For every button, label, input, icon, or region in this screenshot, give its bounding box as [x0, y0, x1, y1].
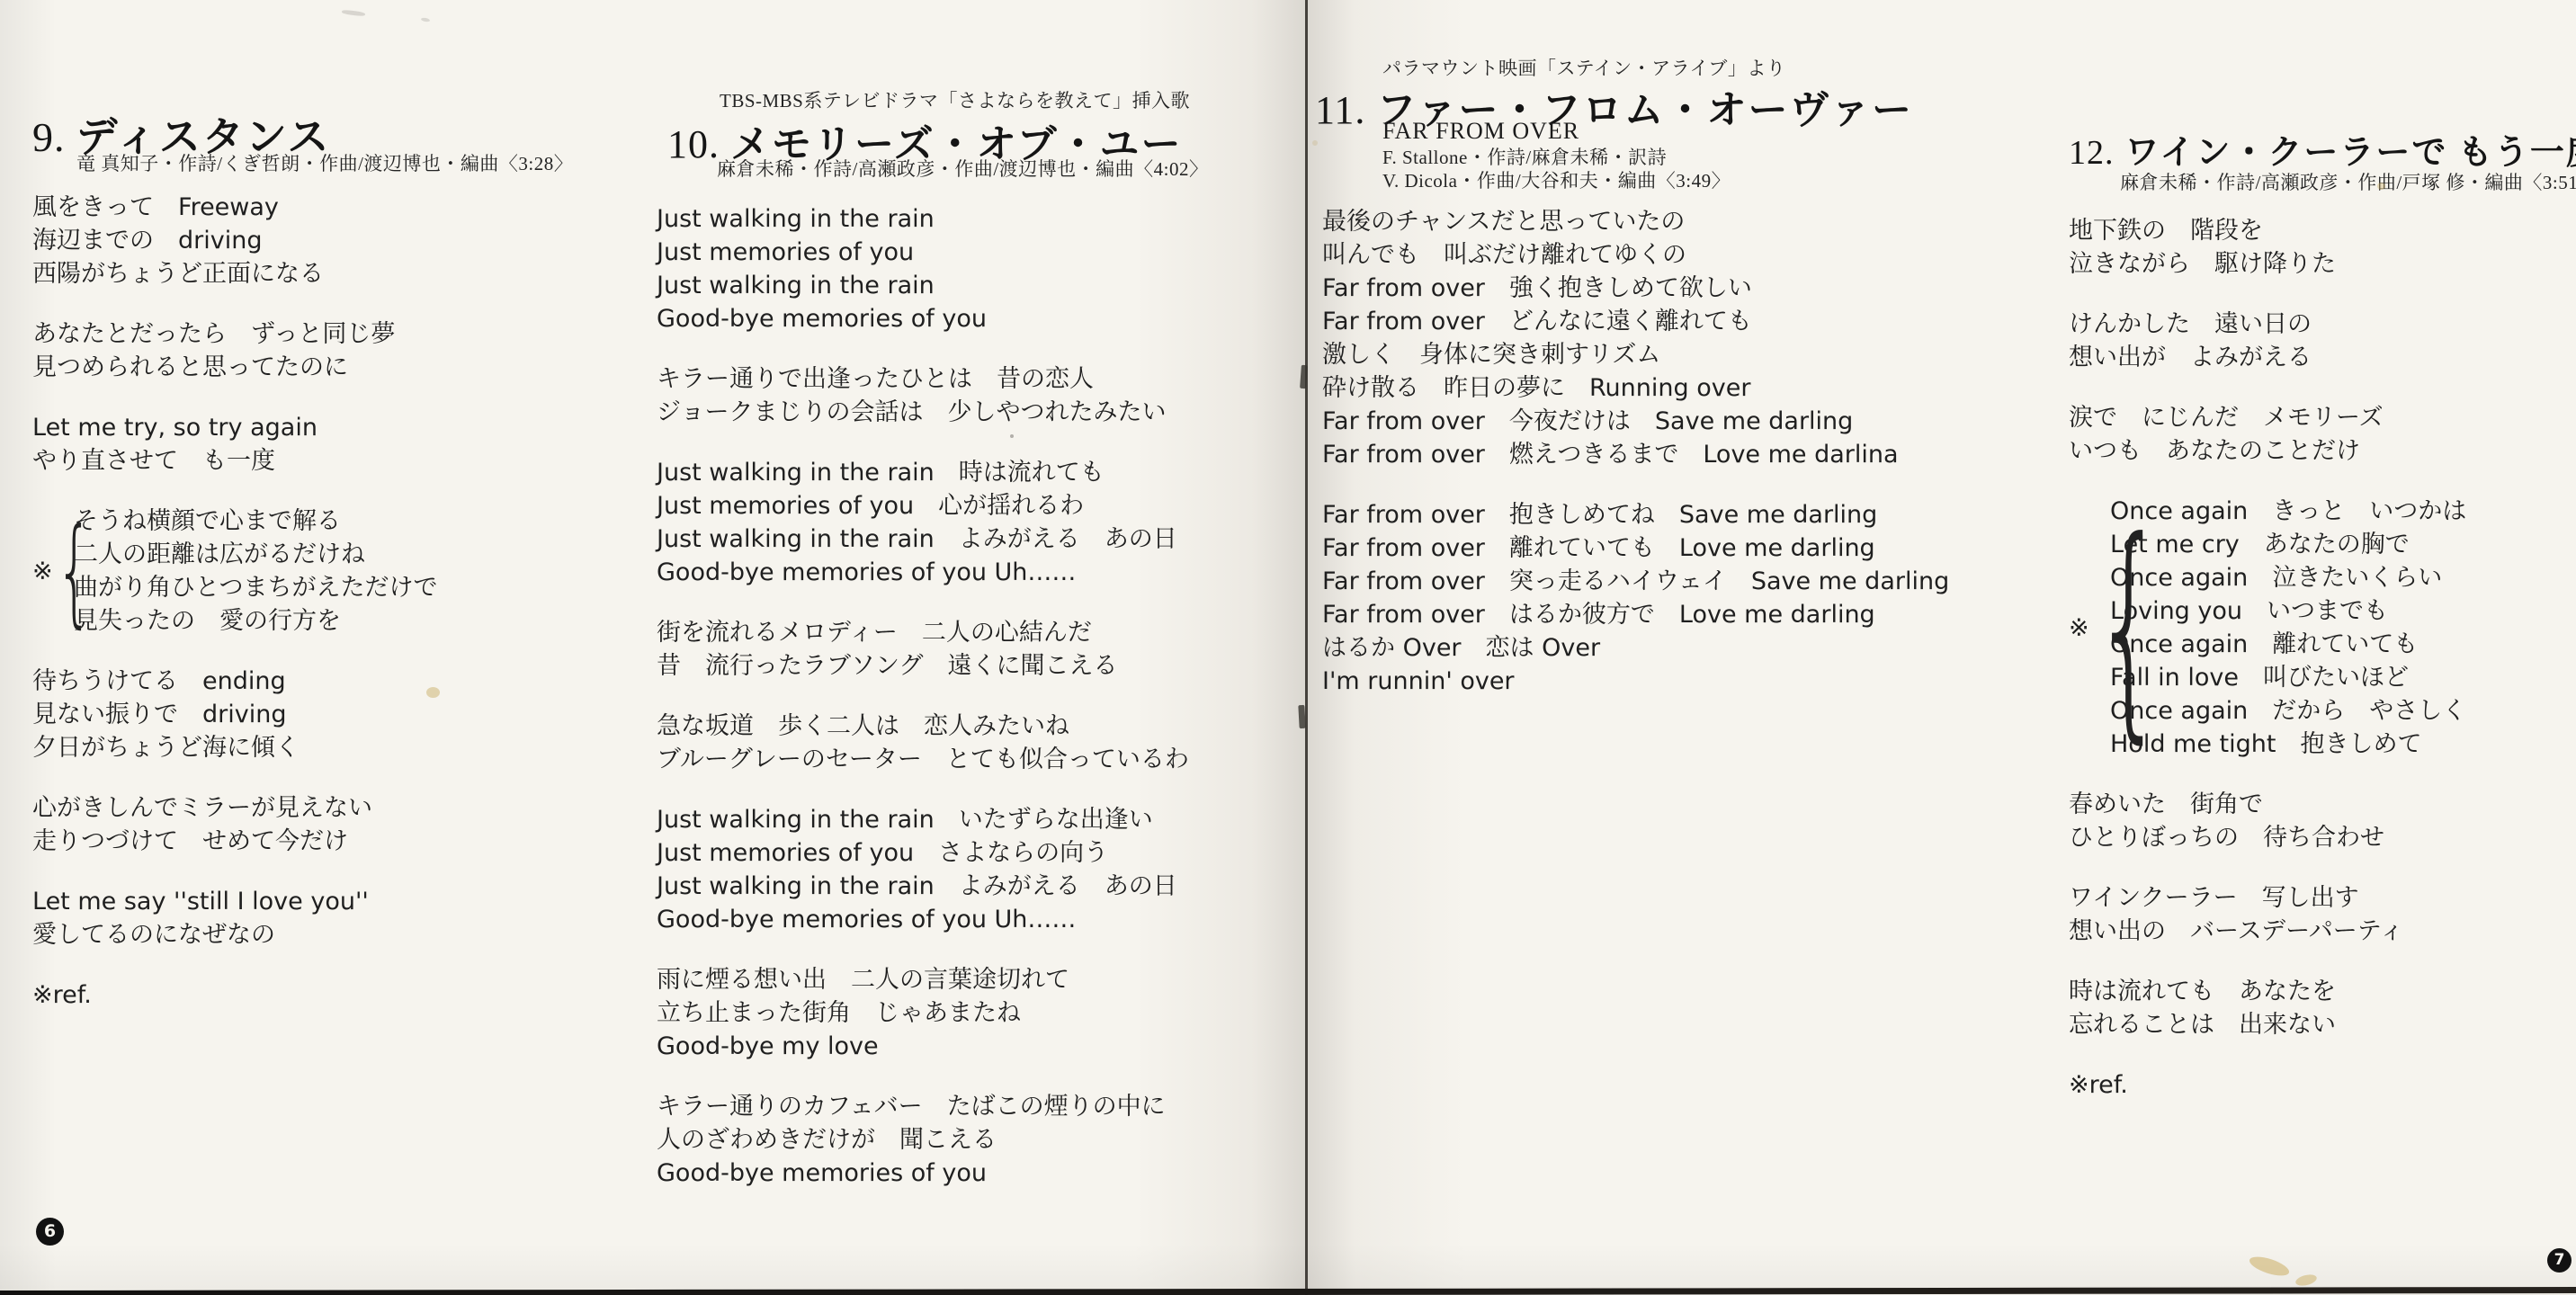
lyric-line: 愛してるのになぜなの [32, 918, 437, 951]
stanza: 街を流れるメロディー 二人の心結んだ昔 流行ったラブソング 遠くに聞こえる [657, 616, 1189, 683]
lyric-line: 時は流れても あなたを [2069, 975, 2466, 1008]
stanza: Just walking in the rain 時は流れてもJust memo… [657, 456, 1189, 589]
lyric-line: Far from over 今夜だけは Save me darling [1322, 405, 1949, 438]
song-10-lyrics: Just walking in the rainJust memories of… [657, 202, 1189, 1217]
chorus-repeat-block: ※{そうね横顔で心まで解る二人の距離は広がるだけね曲がり角ひとつまちがえただけで… [32, 505, 437, 638]
stanza: ワインクーラー 写し出す想い出の バースデーパーティ [2069, 881, 2466, 948]
lyric-line: ひとりぼっちの 待ち合わせ [2069, 821, 2466, 854]
staple-mark [1298, 705, 1305, 728]
lyric-line: そうね横顔で心まで解る [74, 505, 437, 538]
repeat-bracket: { [56, 513, 65, 630]
lyric-line: Good-bye memories of you [657, 1157, 1189, 1190]
stanza: Far from over 抱きしめてね Save me darlingFar … [1322, 498, 1949, 698]
stanza: 時は流れても あなたを忘れることは 出来ない [2069, 975, 2466, 1041]
ref-marker: ※ [32, 555, 56, 588]
lyric-line: 待ちうけてる ending [32, 665, 437, 698]
page-number-left: 6 [36, 1218, 64, 1246]
song-9-lyrics: 風をきって Freeway海辺までの driving西陽がちょうど正面になるあな… [32, 191, 437, 1012]
dust-speck [1010, 434, 1014, 438]
lyric-line: 海辺までの driving [32, 224, 437, 257]
lyric-line: Just walking in the rain 時は流れても [657, 456, 1189, 489]
lyric-line: 春めいた 街角で [2069, 788, 2466, 821]
lyric-line: 叫んでも 叫ぶだけ離れてゆくの [1322, 238, 1949, 272]
lyric-line: I'm runnin' over [1322, 665, 1949, 698]
stanza: 風をきって Freeway海辺までの driving西陽がちょうど正面になる [32, 191, 437, 290]
lyric-line: 西陽がちょうど正面になる [32, 257, 437, 290]
stanza: 雨に煙る想い出 二人の言葉途切れて立ち止まった街角 じゃあまたねGood-bye… [657, 963, 1189, 1063]
lyric-line: Just walking in the rain いたずらな出逢い [657, 803, 1189, 836]
ref-line: ※ref. [2069, 1068, 2466, 1102]
song-12-title: 12. ワイン・クーラーで もう一度 [2069, 124, 2576, 174]
stanza: 待ちうけてる ending見ない振りで driving夕日がちょうど海に傾く [32, 665, 437, 764]
lyric-line: 想い出が よみがえる [2069, 341, 2466, 374]
lyric-line: 涙で にじんだ メモリーズ [2069, 401, 2466, 434]
lyric-line: 急な坂道 歩く二人は 恋人みたいね [657, 710, 1189, 743]
song-10-tiein-note: TBS-MBS系テレビドラマ「さよならを教えて」挿入歌 [720, 90, 1190, 112]
page-number-right: 7 [2547, 1248, 2572, 1273]
stanza: Let me say ''still I love you''愛してるのになぜな… [32, 885, 437, 951]
lyric-line: 昔 流行ったラブソング 遠くに聞こえる [657, 649, 1189, 683]
song-11-english-title: FAR FROM OVER [1382, 119, 1579, 144]
song-9-track-number: 9. [32, 113, 66, 161]
song-11-lyrics: 最後のチャンスだと思っていたの叫んでも 叫ぶだけ離れてゆくのFar from o… [1322, 205, 1949, 725]
lyric-line: Good-bye memories of you [657, 302, 1189, 335]
lyric-line: Let me say ''still I love you'' [32, 885, 437, 918]
lyric-line: Far from over はるか彼方で Love me darling [1322, 598, 1949, 631]
lyric-line: 心がきしんでミラーが見えない [32, 791, 437, 825]
chorus-lines: そうね横顔で心まで解る二人の距離は広がるだけね曲がり角ひとつまちがえただけで見失… [74, 505, 437, 638]
paper-stain [426, 687, 440, 698]
chorus-repeat-block: ※{Once again きっと いつかはLet me cry あなたの胸でOn… [2069, 495, 2466, 761]
lyric-line: Just walking in the rain よみがえる あの日 [657, 522, 1189, 556]
lyric-line: 走りつづけて せめて今だけ [32, 825, 437, 858]
lyric-line: 雨に煙る想い出 二人の言葉途切れて [657, 963, 1189, 996]
lyric-line: 忘れることは 出来ない [2069, 1008, 2466, 1041]
stanza: 春めいた 街角でひとりぼっちの 待ち合わせ [2069, 788, 2466, 854]
song-11-credit-line2: V. Dicola・作曲/大谷和夫・編曲〈3:49〉 [1382, 170, 1731, 192]
dust-speck [1312, 140, 1318, 146]
lyric-line: Good-bye memories of you Uh…… [657, 556, 1189, 589]
lyric-line: 激しく 身体に突き刺すリズム [1322, 338, 1949, 371]
lyric-line: 風をきって Freeway [32, 191, 437, 224]
stanza: キラー通りのカフェバー たばこの煙りの中に人のざわめきだけが 聞こえるGood-… [657, 1090, 1189, 1190]
lyric-line: Far from over 強く抱きしめて欲しい [1322, 272, 1949, 305]
lyric-line: Far from over 燃えつきるまで Love me darlina [1322, 438, 1949, 471]
lyric-line: やり直させて も一度 [32, 444, 437, 478]
lyric-line: Just memories of you 心が揺れるわ [657, 489, 1189, 522]
stanza: Let me try, so try againやり直させて も一度 [32, 411, 437, 478]
stanza: けんかした 遠い日の想い出が よみがえる [2069, 308, 2466, 374]
stanza: 急な坂道 歩く二人は 恋人みたいねブルーグレーのセーター とても似合っているわ [657, 710, 1189, 776]
scan-bottom-edge [0, 1287, 2576, 1295]
lyric-line: はるか Over 恋は Over [1322, 631, 1949, 665]
dust-speck [421, 17, 431, 22]
lyric-line: 人のざわめきだけが 聞こえる [657, 1123, 1189, 1157]
paper-stain [2248, 1253, 2292, 1279]
song-12-track-number: 12. [2069, 133, 2115, 173]
lyric-line: 見つめられると思ってたのに [32, 351, 437, 384]
lyric-line: いつも あなたのことだけ [2069, 434, 2466, 468]
stanza: Just walking in the rainJust memories of… [657, 202, 1189, 335]
lyric-line: ジョークまじりの会話は 少しやつれたみたい [657, 396, 1189, 429]
paper-stain [2377, 183, 2385, 190]
lyric-line: 立ち止まった街角 じゃあまたね [657, 996, 1189, 1030]
lyric-line: Good-bye memories of you Uh…… [657, 903, 1189, 936]
lyric-line: ブルーグレーのセーター とても似合っているわ [657, 743, 1189, 776]
lyric-line: あなたとだったら ずっと同じ夢 [32, 317, 437, 351]
stanza: キラー通りで出逢ったひとは 昔の恋人ジョークまじりの会話は 少しやつれたみたい [657, 362, 1189, 429]
stanza: 最後のチャンスだと思っていたの叫んでも 叫ぶだけ離れてゆくのFar from o… [1322, 205, 1949, 471]
stanza: あなたとだったら ずっと同じ夢見つめられると思ってたのに [32, 317, 437, 384]
ref-marker: ※ [2069, 612, 2092, 645]
lyric-line: 泣きながら 駆け降りた [2069, 247, 2466, 281]
lyric-line: けんかした 遠い日の [2069, 308, 2466, 341]
lyric-line: 二人の距離は広がるだけね [74, 538, 437, 571]
stanza: 涙で にじんだ メモリーズいつも あなたのことだけ [2069, 401, 2466, 468]
lyric-line: Let me try, so try again [32, 411, 437, 444]
lyric-line: Good-bye my love [657, 1030, 1189, 1063]
lyric-line: 夕日がちょうど海に傾く [32, 731, 437, 764]
lyric-line: 曲がり角ひとつまちがえただけで [74, 571, 437, 604]
lyric-line: 地下鉄の 階段を [2069, 214, 2466, 247]
paper-stain [2294, 1273, 2318, 1287]
repeat-bracket: { [2092, 511, 2101, 745]
song-12-title-text: ワイン・クーラーで もう一度 [2125, 124, 2576, 174]
lyric-line: 見ない振りで driving [32, 698, 437, 731]
lyric-line: Far from over 突っ走るハイウェイ Save me darling [1322, 565, 1949, 598]
lyric-line: キラー通りのカフェバー たばこの煙りの中に [657, 1090, 1189, 1123]
booklet-spread: 9. ディスタンス 竜 真知子・作詩/くぎ哲朗・作曲/渡辺博也・編曲〈3:28〉… [0, 0, 2576, 1295]
song-12-credit: 麻倉未稀・作詩/高瀬政彦・作曲/戸塚 修・編曲〈3:51〉 [2120, 172, 2576, 194]
song-12-lyrics: 地下鉄の 階段を泣きながら 駆け降りたけんかした 遠い日の想い出が よみがえる涙… [2069, 214, 2466, 1102]
lyric-line: キラー通りで出逢ったひとは 昔の恋人 [657, 362, 1189, 396]
lyric-line: Far from over 離れていても Love me darling [1322, 531, 1949, 565]
lyric-line: 見失ったの 愛の行方を [74, 604, 437, 638]
lyric-line: Just memories of you [657, 236, 1189, 269]
song-10-track-number: 10. [667, 121, 720, 167]
lyric-line: ワインクーラー 写し出す [2069, 881, 2466, 915]
lyric-line: Far from over 抱きしめてね Save me darling [1322, 498, 1949, 531]
lyric-line: 想い出の バースデーパーティ [2069, 915, 2466, 948]
lyric-line: 最後のチャンスだと思っていたの [1322, 205, 1949, 238]
song-10-credit: 麻倉未稀・作詩/高瀬政彦・作曲/渡辺博也・編曲〈4:02〉 [717, 158, 1209, 181]
ref-line: ※ref. [32, 978, 437, 1012]
song-11-track-number: 11. [1315, 87, 1365, 133]
lyric-line: Just walking in the rain [657, 269, 1189, 302]
song-9-credit: 竜 真知子・作詩/くぎ哲朗・作曲/渡辺博也・編曲〈3:28〉 [76, 153, 573, 175]
lyric-line: Far from over どんなに遠く離れても [1322, 305, 1949, 338]
dust-speck [342, 9, 365, 16]
stanza: 地下鉄の 階段を泣きながら 駆け降りた [2069, 214, 2466, 281]
stanza: 心がきしんでミラーが見えない走りつづけて せめて今だけ [32, 791, 437, 858]
lyric-line: 砕け散る 昨日の夢に Running over [1322, 371, 1949, 405]
lyric-line: Just memories of you さよならの向う [657, 836, 1189, 870]
lyric-line: Just walking in the rain よみがえる あの日 [657, 870, 1189, 903]
stanza: Just walking in the rain いたずらな出逢いJust me… [657, 803, 1189, 936]
page-gutter-line [1305, 0, 1308, 1295]
song-11-credit-line1: F. Stallone・作詩/麻倉未稀・訳詩 [1382, 147, 1667, 169]
lyric-line: Just walking in the rain [657, 202, 1189, 236]
lyric-line: 街を流れるメロディー 二人の心結んだ [657, 616, 1189, 649]
